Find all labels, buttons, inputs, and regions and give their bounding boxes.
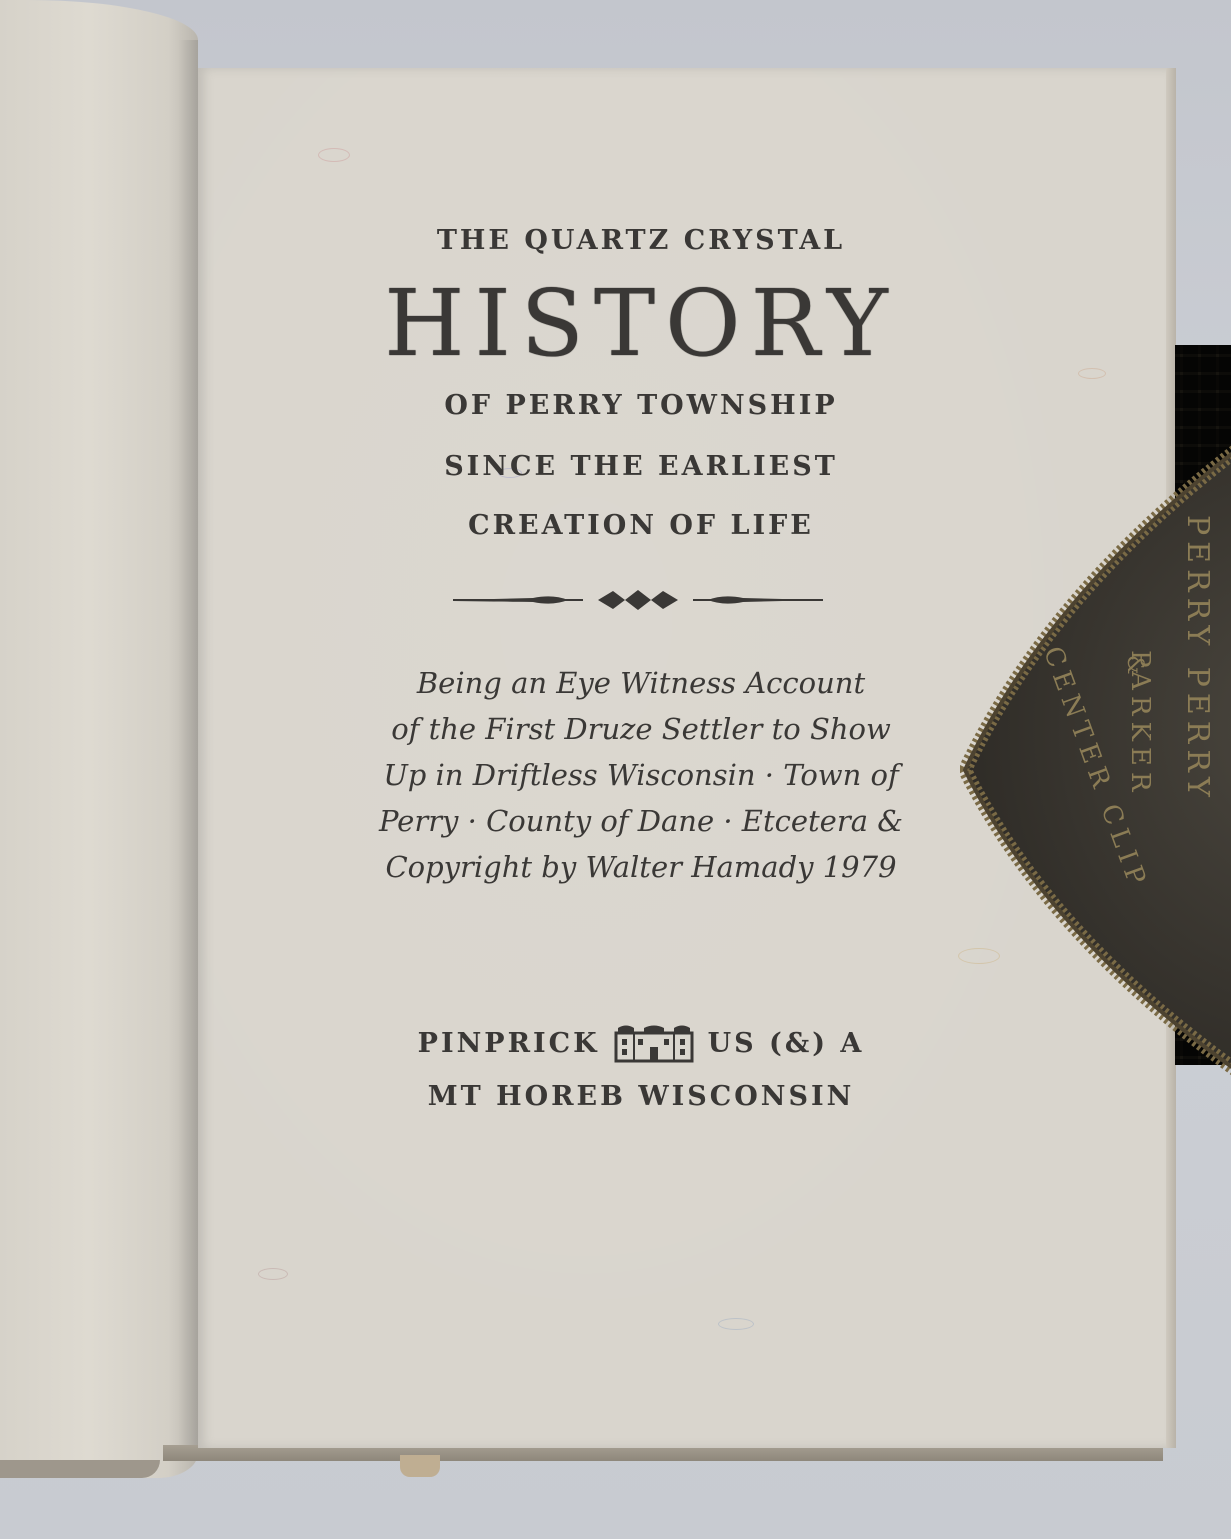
subtitle-line: of the First Druze Settler to Show — [361, 706, 921, 752]
title-line-4: SINCE THE EARLIEST — [361, 451, 921, 482]
subtitle-line: Up in Driftless Wisconsin · Town of — [361, 752, 921, 798]
paper-fiber — [718, 1318, 754, 1330]
clip-text-outer: PERRY PERRY — [1180, 515, 1215, 803]
main-title: HISTORY — [361, 278, 921, 370]
clip-text-middle: PARKER — [1125, 650, 1155, 797]
paper-fiber — [258, 1268, 288, 1280]
subtitle-line: Perry · County of Dane · Etcetera & — [361, 798, 921, 844]
title-line-3: OF PERRY TOWNSHIP — [361, 390, 921, 421]
photo-scene: THE QUARTZ CRYSTAL HISTORY OF PERRY TOWN… — [0, 0, 1231, 1539]
imprint-pinprick: PINPRICK — [418, 1028, 600, 1059]
imprint-usa: US (&) A — [708, 1028, 865, 1059]
ornament-rule-icon — [453, 588, 823, 612]
left-page-edge — [0, 1460, 160, 1478]
imprint-line-1: PINPRICK — [361, 1023, 921, 1063]
paper-fiber — [318, 148, 350, 162]
title-line-1: THE QUARTZ CRYSTAL — [361, 225, 921, 256]
title-line-5: CREATION OF LIFE — [361, 510, 921, 541]
subtitle-block: Being an Eye Witness Account of the Firs… — [361, 660, 921, 890]
subtitle-line: Being an Eye Witness Account — [361, 660, 921, 706]
house-icon — [614, 1023, 694, 1063]
book-edge-tab — [400, 1455, 440, 1477]
imprint-line-2: MT HOREB WISCONSIN — [361, 1081, 921, 1112]
paper-fiber — [1078, 368, 1106, 379]
left-page-curl — [0, 0, 198, 1478]
subtitle-line: Copyright by Walter Hamady 1979 — [361, 844, 921, 890]
